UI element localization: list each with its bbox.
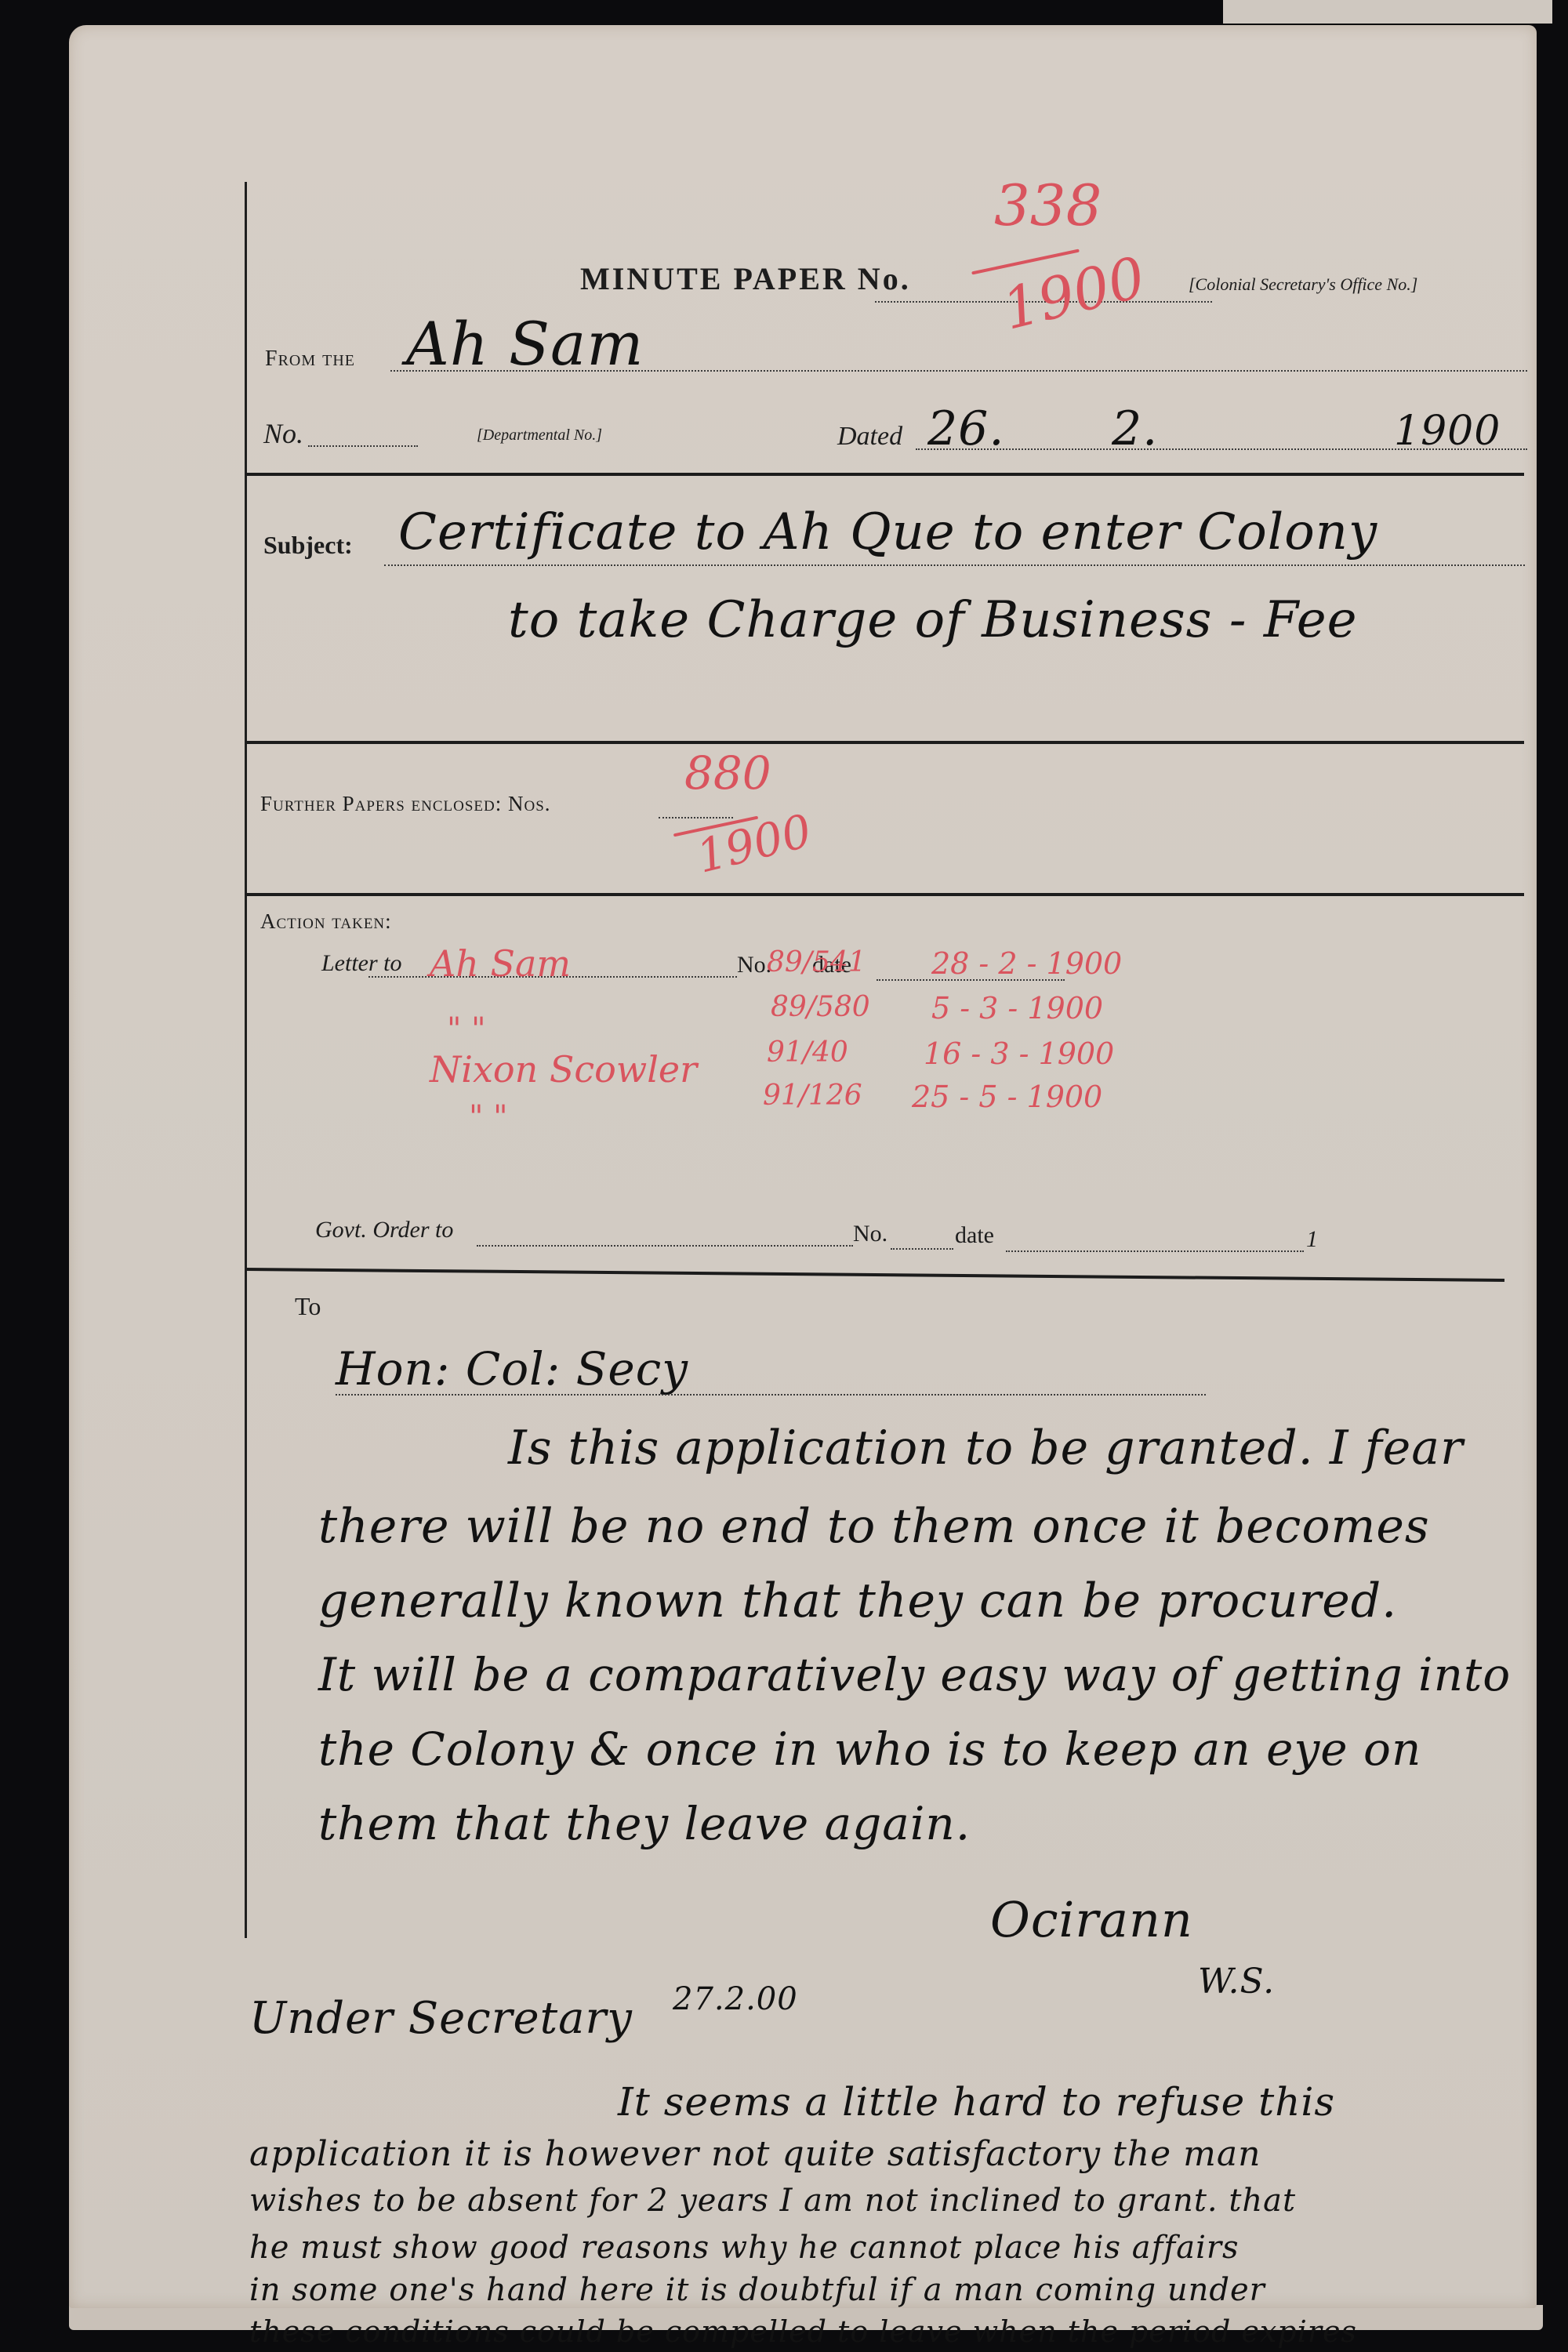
paper-year: 1900 [996,244,1152,343]
action-entry-no: 89/541 [767,946,866,978]
minute-1-signature: Ocirann [990,1891,1193,1948]
action-entry-to: " " [469,1099,508,1135]
minute-1-line: generally known that they can be procure… [318,1573,1397,1628]
subject-line-1: Certificate to Ah Que to enter Colony [398,503,1377,561]
page-title: MINUTE PAPER No. [580,260,911,297]
action-entry-date: 16 - 3 - 1900 [924,1036,1114,1071]
letter-to-label: Letter to [321,950,402,977]
date-year: 1900 [1394,408,1501,455]
minute-2-line: he must show good reasons why he cannot … [249,2230,1240,2266]
further-papers-number: 880 [684,746,771,800]
minute-2-line: in some one's hand here it is doubtful i… [249,2272,1265,2308]
minute-2-line: these conditions could be compelled to l… [249,2314,1357,2349]
departmental-label: [Departmental No.] [477,426,602,445]
minute-1-line: Is this application to be granted. I fea… [508,1421,1464,1475]
further-papers-year: 1900 [691,804,817,884]
subject-label: Subject: [263,531,353,560]
no-label: No. [263,417,303,450]
divider-1 [246,473,1524,476]
date-day: 26. [927,401,1004,456]
to-addressee: Hon: Col: Secy [336,1342,688,1396]
action-entry-date: 25 - 5 - 1900 [912,1080,1102,1114]
action-entry-to: " " [447,1011,486,1047]
minute-1-line: them that they leave again. [318,1797,971,1850]
to-label: To [295,1292,321,1321]
further-papers-label: Further Papers enclosed: Nos. [260,792,551,816]
dated-label: Dated [837,422,902,452]
action-taken-label: Action taken: [260,909,392,934]
minute-2-date: 27.2.00 [673,1981,798,2017]
action-entry-date: 5 - 3 - 1900 [931,991,1103,1025]
minute-1-line: It will be a comparatively easy way of g… [318,1648,1511,1701]
divider-4 [246,1268,1504,1282]
govt-date-suffix: 1 [1306,1226,1318,1253]
underlying-sheet-top [1223,0,1552,24]
paper-number: 338 [994,172,1102,238]
departmental-no-field [308,445,418,447]
action-entry-date: 28 - 2 - 1900 [931,946,1122,981]
action-entry-to: Nixon Scowler [430,1048,697,1091]
minute-1-line: the Colony & once in who is to keep an e… [318,1722,1421,1776]
govt-date-label: date [955,1222,994,1249]
divider-3 [246,893,1524,896]
minute-2-line: wishes to be absent for 2 years I am not… [249,2183,1296,2219]
minute-2-line: It seems a little hard to refuse this [618,2079,1335,2125]
minute-2-line: application it is however not quite sati… [249,2134,1261,2174]
govt-date-field [1006,1250,1304,1252]
margin-rule [245,182,247,1938]
action-entry-no: 89/580 [771,991,870,1023]
minute-1-initials: W.S. [1198,1962,1275,2002]
office-number-label: [Colonial Secretary's Office No.] [1189,274,1417,295]
date-month: 2. [1112,401,1158,456]
minute-1-line: there will be no end to them once it bec… [318,1499,1430,1554]
govt-order-label: Govt. Order to [315,1217,453,1243]
minute-2-addressee: Under Secretary [249,1993,633,2044]
minute-paper: MINUTE PAPER No. [Colonial Secretary's O… [69,25,1537,2308]
from-label: From the [265,347,355,372]
action-entry-to: Ah Sam [430,942,571,985]
further-papers-field [659,817,733,818]
action-entry-no: 91/40 [767,1036,848,1069]
subject-field [384,564,1525,566]
govt-no-field [891,1248,953,1250]
from-value: Ah Sam [406,309,644,379]
to-field [336,1394,1206,1396]
govt-no-label: No. [853,1221,887,1247]
divider-2 [246,741,1524,744]
subject-line-2: to take Charge of Business - Fee [508,591,1357,649]
action-entry-no: 91/126 [763,1080,862,1112]
govt-order-field [477,1245,853,1247]
